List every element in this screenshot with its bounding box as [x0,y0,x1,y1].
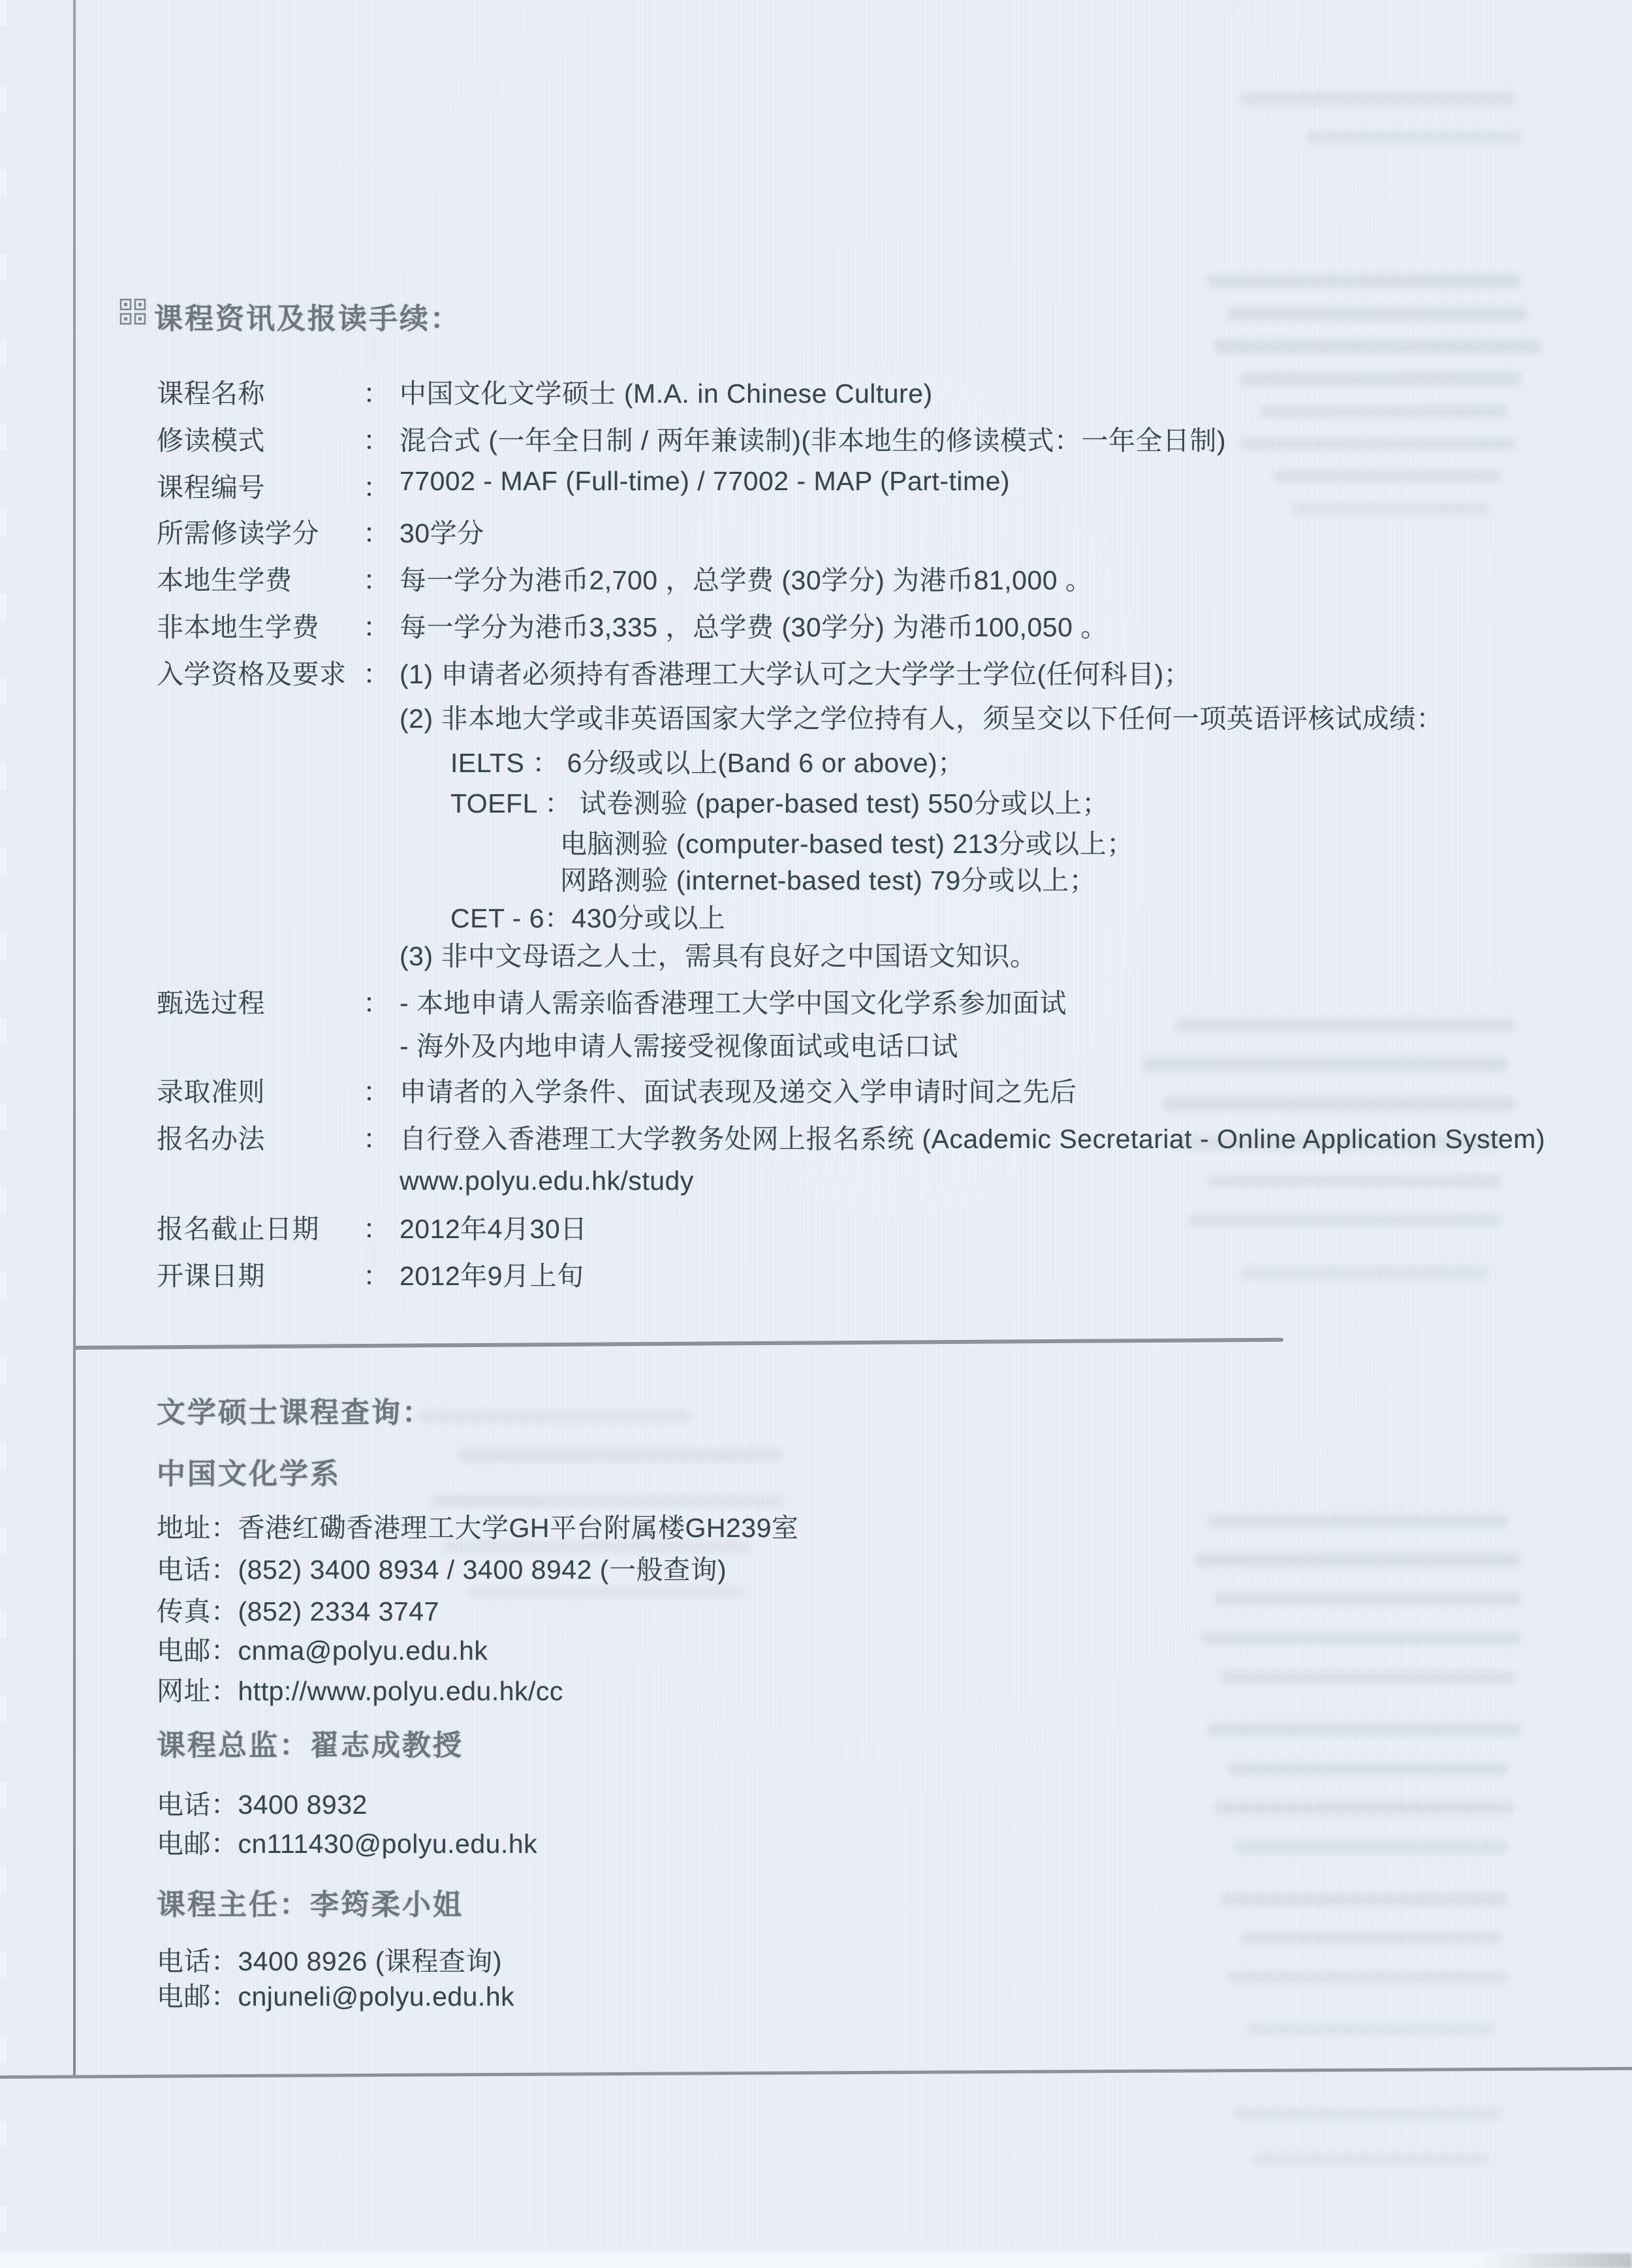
local-fee-label: 本地生学费 [157,559,292,597]
credits-label: 所需修读学分 [157,512,319,550]
entry-req-label: 入学资格及要求 [157,653,347,691]
left-margin-line [73,0,76,2078]
local-fee-colon: ： [363,559,390,597]
department-name: 中国文化学系 [157,1450,341,1492]
programme-director-heading: 课程主任：李筠柔小姐 [157,1881,463,1923]
commencement-colon: ： [363,1254,390,1293]
entry-req-item-2: (2) 非本地大学或非英语国家大学之学位持有人，须呈交以下任何一项英语评核试成绩… [400,697,1443,736]
study-mode-value: 混合式 (一年全日制 / 两年兼读制)(非本地生的修读模式：一年全日制) [400,419,1226,458]
scan-corner-shadow [1482,2253,1632,2268]
course-name-value: 中国文化文学硕士 (M.A. in Chinese Culture) [400,372,933,411]
programme-code-value: 77002 - MAF (Full-time) / 77002 - MAP (P… [400,466,1010,497]
selection-label: 甄选过程 [157,982,265,1020]
programme-leader-heading: 课程总监：翟志成教授 [157,1722,463,1763]
scan-edge-texture [0,0,7,2268]
commencement-label: 开课日期 [157,1254,265,1293]
programme-code-label: 课程编号 [157,466,265,505]
application-url: www.polyu.edu.hk/study [400,1166,694,1196]
phone-line: 电话：(852) 3400 8934 / 3400 8942 (一般查询) [157,1548,727,1587]
fax-line: 传真：(852) 2334 3747 [157,1590,439,1628]
nonlocal-fee-value: 每一学分为港币3,335 ，总学费 (30学分) 为港币100,050 。 [400,606,1108,644]
selection-line-1: - 本地申请人需亲临香港理工大学中国文化学系参加面试 [400,982,1067,1020]
selection-line-2: - 海外及内地申请人需接受视像面试或电话口试 [400,1025,958,1063]
admission-criteria-value: 申请者的入学条件、面试表现及递交入学申请时间之先后 [400,1070,1077,1109]
programme-code-colon: ： [363,466,390,505]
director-email-line: 电邮：cnjuneli@polyu.edu.hk [157,1975,514,2013]
toefl-internet-line: 网路测验 (internet-based test) 79分或以上； [560,859,1096,897]
scanned-document-page: 课程资讯及报读手续： 课程名称 ： 中国文化文学硕士 (M.A. in Chin… [0,0,1632,2268]
cet6-line: CET - 6：430分或以上 [450,897,725,935]
course-name-label: 课程名称 [157,372,265,411]
address-line: 地址：香港红磡香港理工大学GH平台附属楼GH239室 [157,1506,798,1545]
toefl-paper-line: TOEFL ： 试卷测验 (paper-based test) 550分或以上； [450,782,1109,820]
scan-bottom-strip [0,2247,1632,2268]
local-fee-value: 每一学分为港币2,700 ，总学费 (30学分) 为港币81,000 。 [400,559,1092,597]
director-phone-line: 电话：3400 8926 (课程查询) [157,1940,502,1978]
section-divider-line [74,1338,1283,1350]
credits-colon: ： [363,512,390,550]
section-title: 课程资讯及报读手续： [154,295,461,337]
credits-value: 30学分 [400,512,484,550]
leader-email-line: 电邮：cn111430@polyu.edu.hk [157,1822,537,1861]
website-line: 网址：http://www.polyu.edu.hk/cc [157,1670,563,1708]
study-mode-colon: ： [363,419,390,458]
enquiry-heading: 文学硕士课程查询： [157,1389,433,1431]
deadline-label: 报名截止日期 [157,1207,319,1246]
nonlocal-fee-label: 非本地生学费 [157,606,319,644]
toefl-computer-line: 电脑测验 (computer-based test) 213分或以上； [560,822,1134,861]
nonlocal-fee-colon: ： [363,606,390,644]
footer-rule-line [0,2067,1632,2079]
application-method-colon: ： [363,1117,390,1156]
admission-criteria-colon: ： [363,1070,390,1109]
application-method-value: 自行登入香港理工大学教务处网上报名系统 (Academic Secretaria… [400,1117,1545,1156]
deadline-colon: ： [363,1207,390,1246]
grid-dots-icon [119,298,148,326]
entry-req-colon: ： [363,653,390,691]
study-mode-label: 修读模式 [157,419,265,458]
email-line: 电邮：cnma@polyu.edu.hk [157,1629,488,1668]
application-method-label: 报名办法 [157,1117,265,1156]
course-name-colon: ： [363,372,390,411]
entry-req-item-3: (3) 非中文母语之人士，需具有良好之中国语文知识。 [400,935,1037,973]
leader-phone-line: 电话：3400 8932 [157,1783,368,1822]
commencement-value: 2012年9月上旬 [400,1254,584,1293]
admission-criteria-label: 录取准则 [157,1070,265,1109]
entry-req-item-1: (1) 申请者必须持有香港理工大学认可之大学学士学位(任何科目)； [400,653,1191,691]
selection-colon: ： [363,982,390,1020]
deadline-value: 2012年4月30日 [400,1207,588,1246]
ielts-line: IELTS ： 6分级或以上(Band 6 or above)； [450,741,965,780]
